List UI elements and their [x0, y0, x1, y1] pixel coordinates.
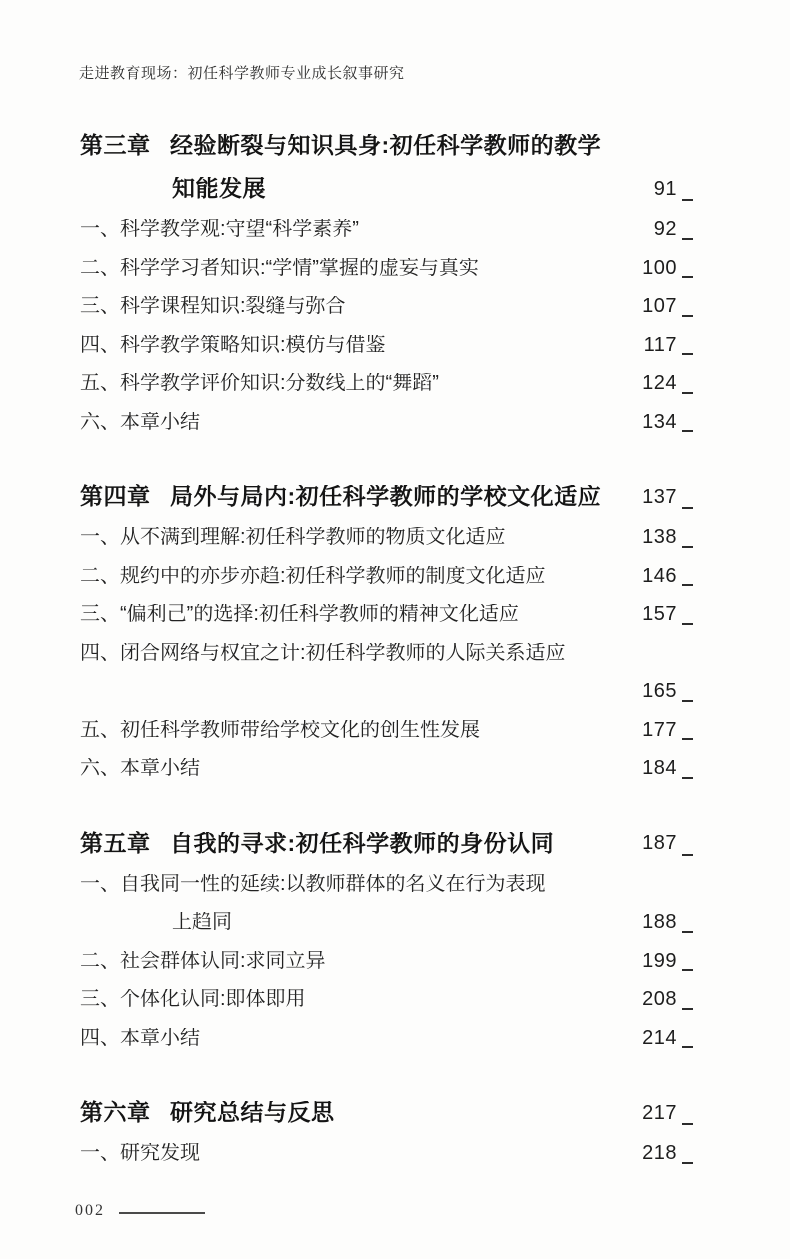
chapter-label: 第四章	[80, 485, 170, 508]
page-underscore-slot	[677, 557, 695, 596]
page-underscore-slot	[677, 1091, 695, 1134]
chapter-heading-row: 第五章自我的寻求:初任科学教师的身份认同187	[0, 822, 790, 865]
toc-item-text: 四、本章小结	[80, 1028, 621, 1048]
page-number: 137	[621, 487, 677, 507]
toc-item-text: 六、本章小结	[80, 412, 621, 432]
page-ref-dash	[682, 700, 693, 702]
page-number: 217	[621, 1103, 677, 1123]
page-underscore-slot	[677, 942, 695, 981]
page-number: 165	[621, 681, 677, 701]
toc-item-row: 三、科学课程知识:裂缝与弥合107	[0, 287, 790, 326]
toc: 第三章经验断裂与知识具身:初任科学教师的教学知能发展91一、科学教学观:守望“科…	[0, 124, 790, 1173]
toc-item-row: 一、科学教学观:守望“科学素养”92	[0, 210, 790, 249]
toc-item-text: 六、本章小结	[80, 758, 621, 778]
footer-page-number: 002	[75, 1202, 105, 1220]
page-ref-dash	[682, 315, 693, 317]
toc-item-row: 三、个体化认同:即体即用208	[0, 980, 790, 1019]
toc-item-row: 二、规约中的亦步亦趋:初任科学教师的制度文化适应146	[0, 557, 790, 596]
page-number: 188	[621, 912, 677, 932]
page-number: 199	[621, 951, 677, 971]
chapter-heading-row: 第三章经验断裂与知识具身:初任科学教师的教学	[0, 124, 790, 167]
chapter-heading-row: 知能发展91	[0, 167, 790, 210]
page-ref-dash	[682, 623, 693, 625]
page-number: 208	[621, 989, 677, 1009]
page-underscore-slot	[677, 518, 695, 557]
toc-item-text: 三、“偏利己”的选择:初任科学教师的精神文化适应	[80, 604, 621, 624]
page-number: 177	[621, 720, 677, 740]
page-number: 107	[621, 296, 677, 316]
page-number: 187	[621, 833, 677, 853]
page-underscore-slot	[677, 672, 695, 711]
toc-item-row: 四、科学教学策略知识:模仿与借鉴117	[0, 326, 790, 365]
page-number: 91	[621, 179, 677, 199]
page-ref-dash	[682, 353, 693, 355]
page-underscore-slot	[677, 634, 695, 673]
toc-item-text: 一、研究发现	[80, 1143, 621, 1163]
page-underscore-slot	[677, 364, 695, 403]
toc-item-text: 二、规约中的亦步亦趋:初任科学教师的制度文化适应	[80, 566, 621, 586]
toc-item-text: 五、科学教学评价知识:分数线上的“舞蹈”	[80, 373, 621, 393]
page-underscore-slot	[677, 475, 695, 518]
page-ref-dash	[682, 777, 693, 779]
page-ref-dash	[682, 738, 693, 740]
toc-item-text: 三、个体化认同:即体即用	[80, 989, 621, 1009]
chapter-heading-row: 第六章研究总结与反思217	[0, 1091, 790, 1134]
toc-item-text: 二、社会群体认同:求同立异	[80, 951, 621, 971]
page-ref-dash	[682, 199, 693, 201]
book-page: 走进教育现场：初任科学教师专业成长叙事研究 第三章经验断裂与知识具身:初任科学教…	[0, 0, 790, 1259]
page-number: 184	[621, 758, 677, 778]
toc-item-row: 一、从不满到理解:初任科学教师的物质文化适应138	[0, 518, 790, 557]
chapter-title: 知能发展	[172, 177, 621, 200]
toc-item-row: 六、本章小结184	[0, 749, 790, 788]
page-ref-dash	[682, 931, 693, 933]
page-ref-dash	[682, 276, 693, 278]
page-number: 157	[621, 604, 677, 624]
toc-item-row: 四、本章小结214	[0, 1019, 790, 1058]
toc-item-text: 一、自我同一性的延续:以教师群体的名义在行为表现	[80, 874, 621, 894]
page-ref-dash	[682, 969, 693, 971]
page-ref-dash	[682, 854, 693, 856]
page-underscore-slot	[677, 595, 695, 634]
page-ref-dash	[682, 584, 693, 586]
running-header: 走进教育现场：初任科学教师专业成长叙事研究	[79, 62, 405, 83]
toc-item-row: 165	[0, 672, 790, 711]
page-underscore-slot	[677, 249, 695, 288]
page-underscore-slot	[677, 210, 695, 249]
toc-item-text: 上趋同	[172, 912, 621, 932]
page-underscore-slot	[677, 1134, 695, 1173]
page-underscore-slot	[677, 124, 695, 167]
toc-item-text: 三、科学课程知识:裂缝与弥合	[80, 296, 621, 316]
page-underscore-slot	[677, 1019, 695, 1058]
page-underscore-slot	[677, 980, 695, 1019]
page-ref-dash	[682, 1008, 693, 1010]
toc-item-row: 二、社会群体认同:求同立异199	[0, 942, 790, 981]
page-ref-dash	[682, 430, 693, 432]
toc-item-row: 一、研究发现218	[0, 1134, 790, 1173]
chapter-title: 局外与局内:初任科学教师的学校文化适应	[170, 485, 621, 508]
chapter-block: 第六章研究总结与反思217一、研究发现218	[0, 1091, 790, 1173]
toc-item-row: 六、本章小结134	[0, 403, 790, 442]
toc-item-row: 上趋同188	[0, 903, 790, 942]
page-number: 117	[621, 335, 677, 355]
chapter-block: 第三章经验断裂与知识具身:初任科学教师的教学知能发展91一、科学教学观:守望“科…	[0, 124, 790, 441]
page-number: 100	[621, 258, 677, 278]
page-underscore-slot	[677, 326, 695, 365]
page-ref-dash	[682, 507, 693, 509]
page-footer: 002	[75, 1202, 205, 1220]
page-underscore-slot	[677, 865, 695, 904]
toc-item-text: 二、科学学习者知识:“学情”掌握的虚妄与真实	[80, 258, 621, 278]
chapter-title: 经验断裂与知识具身:初任科学教师的教学	[170, 134, 621, 157]
page-underscore-slot	[677, 822, 695, 865]
page-number: 214	[621, 1028, 677, 1048]
page-underscore-slot	[677, 749, 695, 788]
page-ref-dash	[682, 392, 693, 394]
page-underscore-slot	[677, 167, 695, 210]
chapter-label: 第五章	[80, 832, 170, 855]
page-underscore-slot	[677, 903, 695, 942]
toc-item-text: 五、初任科学教师带给学校文化的创生性发展	[80, 720, 621, 740]
page-ref-dash	[682, 238, 693, 240]
chapter-block: 第五章自我的寻求:初任科学教师的身份认同187一、自我同一性的延续:以教师群体的…	[0, 822, 790, 1058]
toc-item-row: 三、“偏利己”的选择:初任科学教师的精神文化适应157	[0, 595, 790, 634]
page-underscore-slot	[677, 711, 695, 750]
chapter-block: 第四章局外与局内:初任科学教师的学校文化适应137一、从不满到理解:初任科学教师…	[0, 475, 790, 788]
chapter-title: 研究总结与反思	[170, 1101, 621, 1124]
page-ref-dash	[682, 546, 693, 548]
page-number: 146	[621, 566, 677, 586]
toc-item-text: 四、科学教学策略知识:模仿与借鉴	[80, 335, 621, 355]
toc-item-row: 四、闭合网络与权宜之计:初任科学教师的人际关系适应	[0, 634, 790, 673]
chapter-label: 第三章	[80, 134, 170, 157]
page-underscore-slot	[677, 287, 695, 326]
page-number: 218	[621, 1143, 677, 1163]
page-number: 138	[621, 527, 677, 547]
page-ref-dash	[682, 1046, 693, 1048]
toc-item-row: 一、自我同一性的延续:以教师群体的名义在行为表现	[0, 865, 790, 904]
toc-item-text: 四、闭合网络与权宜之计:初任科学教师的人际关系适应	[80, 643, 621, 663]
chapter-title: 自我的寻求:初任科学教师的身份认同	[170, 832, 621, 855]
toc-item-text: 一、从不满到理解:初任科学教师的物质文化适应	[80, 527, 621, 547]
toc-item-row: 二、科学学习者知识:“学情”掌握的虚妄与真实100	[0, 249, 790, 288]
chapter-label: 第六章	[80, 1101, 170, 1124]
toc-item-row: 五、初任科学教师带给学校文化的创生性发展177	[0, 711, 790, 750]
toc-item-row: 五、科学教学评价知识:分数线上的“舞蹈”124	[0, 364, 790, 403]
chapter-heading-row: 第四章局外与局内:初任科学教师的学校文化适应137	[0, 475, 790, 518]
page-number: 124	[621, 373, 677, 393]
page-number: 134	[621, 412, 677, 432]
page-ref-dash	[682, 1123, 693, 1125]
toc-item-text: 一、科学教学观:守望“科学素养”	[80, 219, 621, 239]
page-underscore-slot	[677, 403, 695, 442]
page-number: 92	[621, 219, 677, 239]
page-ref-dash	[682, 1162, 693, 1164]
footer-rule	[119, 1212, 205, 1214]
